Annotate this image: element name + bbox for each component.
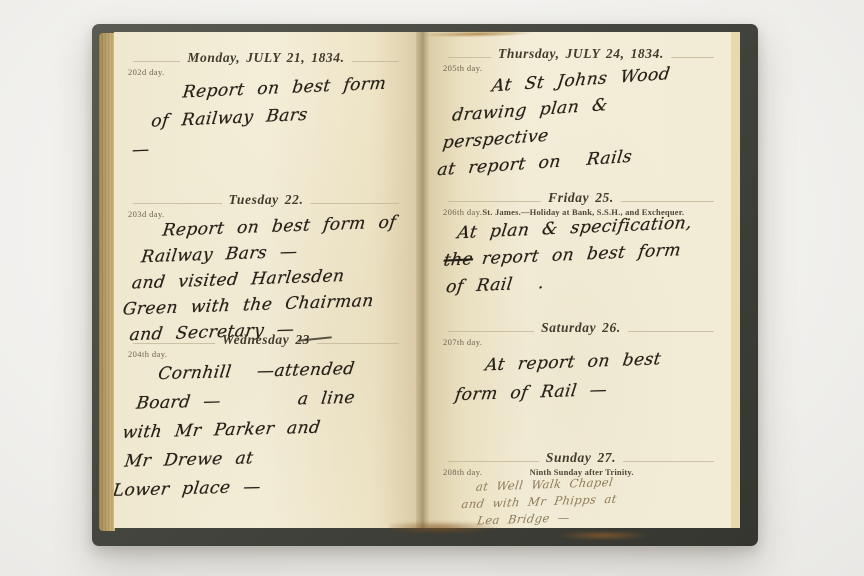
diary-entry-monday: Monday, JULY 21, 1834. 202d day. Report …	[126, 50, 406, 165]
header-rule-left	[448, 461, 539, 462]
entry-header-row: Sunday 27.	[441, 450, 721, 466]
entry-date-heading: Saturday 26.	[541, 320, 621, 336]
diary-entry-thursday: Thursday, JULY 24, 1834. 205th day. At S…	[441, 46, 721, 185]
handwritten-entry: Report on best form of Railway Bars — an…	[114, 209, 407, 349]
header-rule-right	[310, 203, 399, 204]
header-rule-right	[352, 61, 399, 62]
binding-stain	[390, 521, 500, 534]
entry-header-row: Saturday 26.	[441, 320, 721, 336]
entry-header-row: Wednesday 23	[126, 332, 406, 348]
entry-date-heading: Sunday 27.	[546, 450, 616, 466]
photograph-of-open-diary: Monday, JULY 21, 1834. 202d day. Report …	[0, 0, 864, 576]
entry-header-row: Friday 25.	[441, 190, 721, 206]
day-of-year-label: 205th day.	[441, 63, 482, 73]
header-rule-right	[623, 461, 714, 462]
handwriting-line: Lower place —	[114, 470, 392, 506]
header-rule-right	[621, 201, 714, 202]
entry-date-heading: Wednesday 23	[222, 332, 310, 348]
header-rule-left	[133, 61, 180, 62]
day-of-year-label: 204th day.	[126, 349, 167, 359]
header-rule-right	[628, 331, 714, 332]
header-rule-left	[448, 201, 541, 202]
handwritten-entry: At plan & specification, thereport on be…	[430, 209, 723, 302]
header-rule-left	[133, 203, 222, 204]
day-of-year-label: 202d day.	[126, 67, 165, 77]
header-rule-left	[448, 57, 491, 58]
handwritten-entry: Cornhill —attended Board — a line with M…	[114, 354, 407, 506]
entry-header-row: Monday, JULY 21, 1834.	[126, 50, 406, 66]
left-diary-page: Monday, JULY 21, 1834. 202d day. Report …	[114, 32, 416, 528]
entry-date-heading: Friday 25.	[548, 190, 614, 206]
next-page-edge	[731, 32, 740, 528]
book-gutter-shadow	[416, 32, 429, 528]
handwritten-entry: Report on best form of Railway Bars —	[116, 69, 407, 165]
entry-date-heading: Tuesday 22.	[229, 192, 304, 208]
day-of-year-label: 207th day.	[441, 337, 482, 347]
handwritten-entry: at Well Walk Chapel and with Mr Phipps a…	[434, 470, 723, 528]
handwriting-line-text: report on best form	[481, 240, 683, 269]
handwritten-entry: At report on best form of Rail —	[433, 343, 723, 411]
diary-entry-saturday: Saturday 26. 207th day. At report on bes…	[441, 320, 721, 411]
right-diary-page: Thursday, JULY 24, 1834. 205th day. At S…	[429, 32, 731, 528]
diary-entry-tuesday: Tuesday 22. 203d day. Report on best for…	[126, 192, 406, 349]
header-rule-right	[317, 343, 399, 344]
header-rule-left	[448, 331, 534, 332]
diary-entry-sunday: Sunday 27. 208th day. Ninth Sunday after…	[441, 450, 721, 528]
page-edge-stack	[99, 33, 115, 531]
diary-entry-friday: Friday 25. 206th day. St. James.—Holiday…	[441, 190, 721, 302]
entry-date-heading: Thursday, JULY 24, 1834.	[498, 46, 664, 62]
entry-header-row: Tuesday 22.	[126, 192, 406, 208]
open-page-spread: Monday, JULY 21, 1834. 202d day. Report …	[114, 32, 740, 528]
header-rule-left	[133, 343, 215, 344]
day-of-year-label: 206th day.	[441, 207, 482, 217]
struck-word: the	[442, 249, 474, 270]
handwritten-entry: At St Johns Wood drawing plan & perspect…	[429, 57, 724, 184]
diary-entry-wednesday: Wednesday 23 204th day. Cornhill —attend…	[126, 332, 406, 506]
diary-book-cover: Monday, JULY 21, 1834. 202d day. Report …	[92, 24, 758, 546]
day-of-year-label: 208th day.	[441, 467, 482, 477]
entry-date-heading: Monday, JULY 21, 1834.	[187, 50, 344, 66]
cover-wear-mark	[558, 531, 648, 540]
